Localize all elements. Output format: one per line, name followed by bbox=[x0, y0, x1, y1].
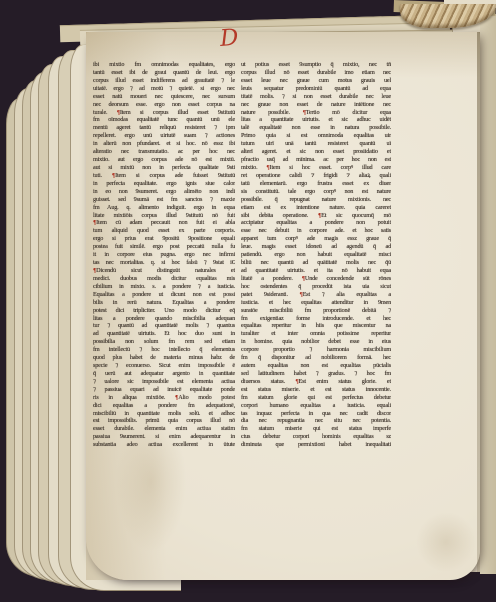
text-line: fm q̄ disponitur ad nobiliorem formā. he… bbox=[241, 354, 391, 362]
text-line: potest dici tripliciter. Uno modo dicitu… bbox=[93, 307, 235, 315]
text-line: etiam est ex intentione nature. quia car… bbox=[241, 204, 391, 212]
text-line: iusticia. et hec equalitas attenditur in… bbox=[241, 299, 391, 307]
text-line: esset natū moueri nec quiescere, nec sur… bbox=[93, 93, 235, 101]
text-line: miscibiliū in quantitate molis solū. et … bbox=[93, 410, 235, 418]
text-line: biliū nec quantū ad quātitatē molis nec … bbox=[241, 259, 391, 267]
text-line: ergo si prius erat 9positū 9positione eq… bbox=[93, 235, 235, 243]
text-line: nec graue non esset de nature intētione … bbox=[241, 101, 391, 109]
text-line: tas inquaz perfecta in qua nec cadit dis… bbox=[241, 410, 391, 418]
text-line: uitatē. ergo ⁊ ad motū ⁊ quietē. si ergo… bbox=[93, 85, 235, 93]
text-column-right: ut potius esset 9sumptio q̄ mixtio, nec … bbox=[241, 61, 391, 449]
rubricated-initial-D: D bbox=[219, 23, 251, 55]
text-line: est impossibilis. primū quia corpus illu… bbox=[93, 417, 235, 425]
text-line: tas nec mortalitas. q. si hoc falsū ⁊ 9s… bbox=[93, 259, 235, 267]
text-line: guisset. sed 9sumā est fm sanctos ⁊ maxi… bbox=[93, 196, 235, 204]
text-line: pfractio usq̄ ad mīnima. ac per hoc non … bbox=[241, 156, 391, 164]
text-line: dia nec repugnantia nec situ nec potenti… bbox=[241, 417, 391, 425]
text-line: patiendū. ergo non habuit equalitatē mis… bbox=[241, 251, 391, 259]
text-line: corpori humano equalitas a iusticia. equ… bbox=[241, 402, 391, 410]
text-line: litatē a pondere. ¶Unde concedende sūt r… bbox=[241, 275, 391, 283]
text-line: tum aliquid quod esset ex parte corporis… bbox=[93, 227, 235, 235]
page-crease bbox=[477, 32, 480, 572]
text-line: ¶Dicendū sicut distinguūt naturales et bbox=[93, 267, 235, 275]
text-line: suratōe miscibiliū fm proportionē debitā… bbox=[241, 307, 391, 315]
text-line: bilis in rerū natura. Equalitas a ponder… bbox=[93, 299, 235, 307]
text-line: tur ⁊ quantū ad quantitatē molis ⁊ quant… bbox=[93, 322, 235, 330]
text-line: mixtio. ¶Item si hoc esset. corpꝰ illud … bbox=[241, 164, 391, 172]
text-line: ¶Item cū adam peccauit non fuit ei abla bbox=[93, 219, 235, 227]
text-line: alteratio nec transmutatio. ac per hoc n… bbox=[93, 148, 235, 156]
text-line: turale. ¶Item si corpus illud esset 9sti… bbox=[93, 109, 235, 117]
text-line: ret operatione calidi ⁊ frigidi ⁊ aliaꝝ … bbox=[241, 172, 391, 180]
text-column-left: ibi mixtio fm omnimodas equalitates, erg… bbox=[93, 61, 235, 449]
text-line: fm statum miserie qui est status imperfe bbox=[241, 425, 391, 433]
text-line: in perfecta equalitate. ergo ignis siue … bbox=[93, 180, 235, 188]
text-line: ut potius esset 9sumptio q̄ mixtio, nec … bbox=[241, 61, 391, 69]
text-line: fm intellectū ⁊ hoc intellecto q̄ elemen… bbox=[93, 346, 235, 354]
text-line: ad quantitatē uirtutis. et ita nō habuit… bbox=[241, 267, 391, 275]
text-line: tantū esset ibi de graui quantū de leui.… bbox=[93, 69, 235, 77]
text-line: fm Aug. q. alimento indiguit. ergo in eq… bbox=[93, 204, 235, 212]
text-line: fm oīmodas equalitatē tunc quantū unū el… bbox=[93, 116, 235, 124]
text-line: quod plus habet de materia minus habz de bbox=[93, 354, 235, 362]
text-line: equalitas reperitur in hiis que miscentu… bbox=[241, 322, 391, 330]
text-line: esse nec debuit in corpore ade. et hoc s… bbox=[241, 227, 391, 235]
text-line: q̄ uerū aut adequatur argento in quantit… bbox=[93, 370, 235, 378]
text-line: passiua 9sumerent. si enim adequarentur … bbox=[93, 433, 235, 441]
text-line: mixtio. aut ergo corpus ade nō est mixtū… bbox=[93, 156, 235, 164]
text-line: in eo non 9sumeret. ergo alimēto non ind… bbox=[93, 188, 235, 196]
text-line: in homine. quia nobilior debet esse in e… bbox=[241, 338, 391, 346]
text-line: hoc ostendentes q̄ procedūt ista uia sic… bbox=[241, 283, 391, 291]
text-line: fm exigentiaz forme introducende. et hec bbox=[241, 315, 391, 323]
text-line: apparet tum corpꝰ ade magis essz graue q… bbox=[241, 235, 391, 243]
text-line: ⁊ passiua equari ad inuicē equalitate po… bbox=[93, 386, 235, 394]
text-line: esset leue nec graue cum motus grauis ue… bbox=[241, 77, 391, 85]
text-line: ⁊ ualore sic impossibile est elementa ac… bbox=[93, 378, 235, 386]
text-line: sed latitudinem habet ⁊ gradus. ⁊ hoc fm bbox=[241, 370, 391, 378]
text-line: cibilium in mixto. s. a pondere ⁊ a iust… bbox=[93, 283, 235, 291]
text-line: corpus illud nō esset durabile imo etiam… bbox=[241, 69, 391, 77]
text-line: ibi mixtio fm omnimodas equalitates, erg… bbox=[93, 61, 235, 69]
text-line: litas a pondere quando miscibilia adequa… bbox=[93, 315, 235, 323]
text-line: ctus debetur corpori hominis equalitas s… bbox=[241, 433, 391, 441]
text-line: ad quantitatē uirtutis. Et hoc duo sunt … bbox=[93, 330, 235, 338]
text-line: fm statum glorie qui est perfectus debet… bbox=[241, 394, 391, 402]
text-line: sis constitutū. tale ergo corpꝰ non est … bbox=[241, 188, 391, 196]
text-line: accipiatur equalitas a pondere non potui… bbox=[241, 219, 391, 227]
text-line: tutum uirī unā tantū resisteret quantū u… bbox=[241, 140, 391, 148]
text-line: patet 9sideranti. ¶Est ⁊ alia equalitas … bbox=[241, 291, 391, 299]
text-line: medici. duobus modis dicitur equalitas m… bbox=[93, 275, 235, 283]
text-line: repelleret. ergo unū uirtutē suam ⁊ acti… bbox=[93, 132, 235, 140]
text-line: tatū elementarū. ergo frustra esset ex d… bbox=[241, 180, 391, 188]
text-line: diuersos status. ¶Est enim status glorie… bbox=[241, 378, 391, 386]
text-line: nec deorsum esse. ergo non esset corpus … bbox=[93, 101, 235, 109]
text-line: in alterū non pfundaret. et si hoc. nō e… bbox=[93, 140, 235, 148]
text-line: esset durabile. elementa enim actiua sta… bbox=[93, 425, 235, 433]
parchment-stain bbox=[416, 512, 476, 572]
text-line: leue. magis esset idoneū ad agendū q̄ ad bbox=[241, 243, 391, 251]
text-line: litas a quantitate uirtutis. et sic adhu… bbox=[241, 116, 391, 124]
text-line: nature possibile. ¶Tertio mō dicitur equ… bbox=[241, 109, 391, 117]
text-line: autem equalitas non est equalitas pūctal… bbox=[241, 362, 391, 370]
text-line: Primo quia si est omnimoda equalitas uir bbox=[241, 132, 391, 140]
text-line: it in corpore eius pugna. ergo nec infir… bbox=[93, 251, 235, 259]
text-line: talē equalitatē non esse in natura possi… bbox=[241, 124, 391, 132]
book-photo: D ibi mixtio fm omnimodas equalitates, e… bbox=[0, 0, 496, 602]
text-line: ris in aliqua mixtiōe. ¶Alio modo potest bbox=[93, 394, 235, 402]
text-line: postea fuit similē. ergo post peccatū nu… bbox=[93, 243, 235, 251]
text-line: corpore proportio ⁊ harmonia miscibilium bbox=[241, 346, 391, 354]
text-line: tuti. ¶Item si corpus ade fuisset 9stitu… bbox=[93, 172, 235, 180]
text-line: aut si mixtū non in perfecta qualitate 9… bbox=[93, 164, 235, 172]
text-line: est status miserie. et est status innoce… bbox=[241, 386, 391, 394]
text-line: sibi debita operatione. ¶Et sic quocumq̄… bbox=[241, 212, 391, 220]
text-line: alterī ageret. et sic non esset prosiida… bbox=[241, 148, 391, 156]
text-line: possibilia non solum fm rem sed etiam bbox=[93, 338, 235, 346]
text-line: diminuta que permixtioni habet inequalit… bbox=[241, 441, 391, 449]
text-line: possibile. q̄ repugnat nature mixtionis.… bbox=[241, 196, 391, 204]
text-line: titatē molis. ⁊ si non esset durabile ne… bbox=[241, 93, 391, 101]
text-line: substantia adeo actiua excellerent in ūt… bbox=[93, 441, 235, 449]
text-line: corpus illud esset indifferens ad grauit… bbox=[93, 77, 235, 85]
text-line: Equalitas a pondere ut dicunt non est po… bbox=[93, 291, 235, 299]
text-line: specie ⁊ econuerso. Sicut enim impossibi… bbox=[93, 362, 235, 370]
next-page-edge bbox=[480, 14, 496, 574]
text-line: dici equalitas a pondere fm adequationē, bbox=[93, 402, 235, 410]
text-line: litate mixtiōis corpus illud 9stitutū nō… bbox=[93, 212, 235, 220]
text-line: turaliter et inter omnia potissime reper… bbox=[241, 330, 391, 338]
text-line: mentū ageret tantū reliquū resisteret ⁊ … bbox=[93, 124, 235, 132]
text-line: leuis sequatur predominiū quantū ad equa bbox=[241, 85, 391, 93]
